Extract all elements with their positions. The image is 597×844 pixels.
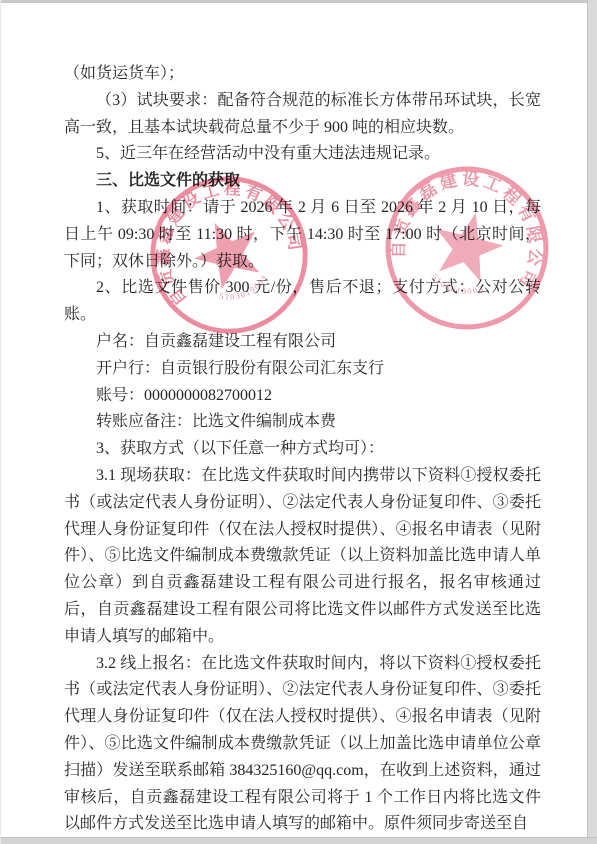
- stamp-star-icon: [426, 204, 509, 285]
- page-edge-right: [587, 0, 597, 844]
- paragraph-bank-branch: 开户行：自贡银行股份有限公司汇东支行: [64, 356, 541, 383]
- scanned-page: （如货运货车）； （3）试块要求：配备符合规范的标准长方体带吊环试块，长宽高一致…: [0, 0, 597, 844]
- paragraph-vehicle-note: （如货运货车）；: [64, 61, 541, 88]
- paragraph-account-number: 账号：0000000082700012: [64, 383, 541, 410]
- page-edge-left: [0, 0, 1, 844]
- paragraph-test-block-requirement: （3）试块要求：配备符合规范的标准长方体带吊环试块，长宽高一致，且基本试块载荷总…: [64, 88, 541, 142]
- page-edge-top: [0, 0, 597, 3]
- paragraph-obtain-methods: 3、获取方式（以下任意一种方式均可）：: [64, 436, 541, 463]
- paragraph-online-registration: 3.2 线上报名：在比选文件获取时间内，将以下资料①授权委托书（或法定代表人身份…: [64, 651, 541, 839]
- paragraph-transfer-note: 转账应备注：比选文件编制成本费: [64, 409, 541, 436]
- paragraph-onsite-obtain: 3.1 现场获取：在比选文件获取时间内携带以下资料①授权委托书（或法定代表人身份…: [64, 463, 541, 651]
- page-edge-bottom: [0, 837, 597, 844]
